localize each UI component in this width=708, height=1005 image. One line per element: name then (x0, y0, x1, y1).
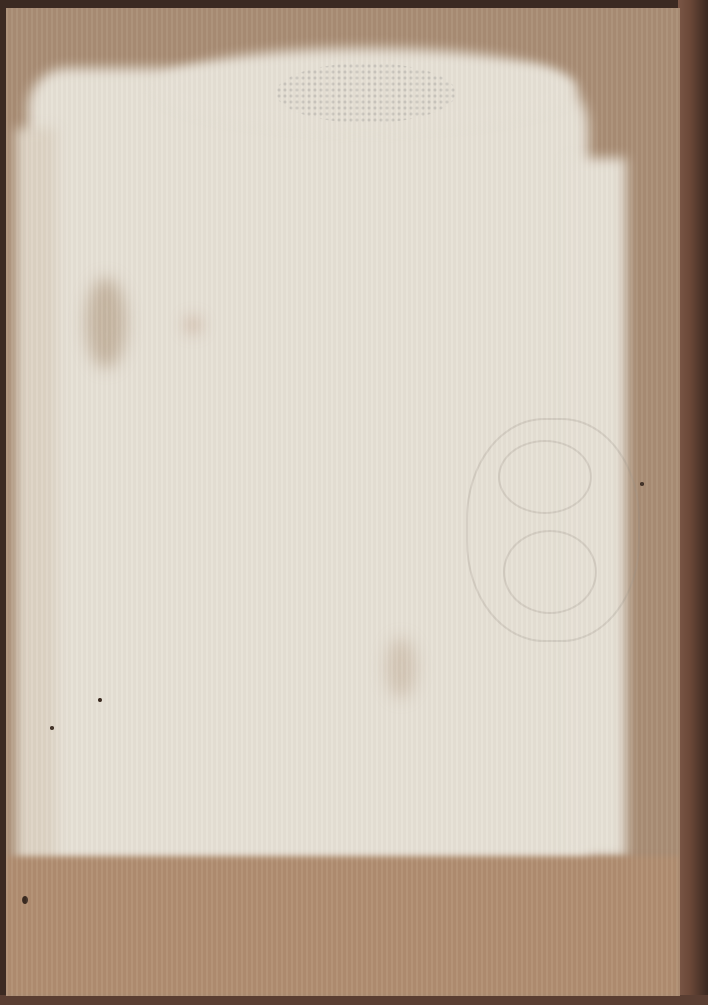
ink-speck (98, 698, 102, 702)
scanned-page-image (0, 0, 708, 1005)
paper-clean-area-left (16, 128, 56, 888)
ink-speck (640, 482, 644, 486)
book-board-bottom (0, 995, 708, 1005)
book-binding-edge (678, 0, 708, 1005)
floral-watermark (466, 418, 640, 642)
blank-endpaper (6, 8, 680, 996)
water-stain (186, 318, 200, 332)
water-stain (386, 638, 416, 698)
water-stain (86, 278, 126, 368)
ink-speck (22, 896, 28, 904)
foxing-spots (276, 63, 456, 123)
bottom-water-stain (6, 856, 680, 996)
ink-speck (50, 726, 54, 730)
